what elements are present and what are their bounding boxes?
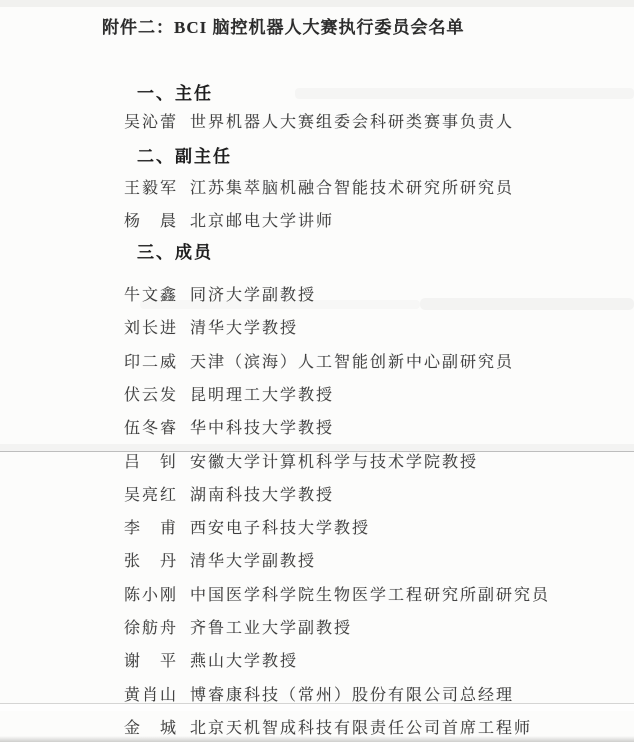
member-name: 张 丹 bbox=[124, 548, 178, 571]
member-row: 王毅军江苏集萃脑机融合智能技术研究所研究员 bbox=[124, 175, 514, 198]
section-heading-members: 三、成员 bbox=[137, 238, 213, 263]
member-affiliation: 燕山大学教授 bbox=[190, 653, 298, 670]
page-title: 附件二：BCI 脑控机器人大赛执行委员会名单 bbox=[102, 13, 464, 38]
member-row: 杨 晨北京邮电大学讲师 bbox=[124, 208, 334, 231]
member-affiliation: 齐鲁工业大学副教授 bbox=[190, 620, 352, 637]
member-name: 王毅军 bbox=[124, 175, 178, 198]
member-affiliation: 天津（滨海）人工智能创新中心副研究员 bbox=[190, 354, 514, 371]
member-row: 伍冬睿华中科技大学教授 bbox=[124, 415, 334, 438]
member-affiliation: 北京天机智成科技有限责任公司首席工程师 bbox=[190, 720, 532, 737]
member-row: 牛文鑫同济大学副教授 bbox=[124, 282, 316, 305]
member-row: 吴亮红湖南科技大学教授 bbox=[124, 482, 334, 505]
member-name: 吕 钊 bbox=[124, 449, 178, 472]
scan-noise-top bbox=[0, 0, 634, 7]
member-name: 李 甫 bbox=[124, 515, 178, 538]
member-affiliation: 清华大学副教授 bbox=[190, 553, 316, 570]
member-row: 谢 平燕山大学教授 bbox=[124, 648, 298, 671]
member-name: 金 城 bbox=[124, 715, 178, 738]
member-affiliation: 清华大学教授 bbox=[190, 320, 298, 337]
member-row: 徐舫舟齐鲁工业大学副教授 bbox=[124, 615, 352, 638]
member-row: 吕 钊安徽大学计算机科学与技术学院教授 bbox=[124, 449, 478, 472]
member-name: 徐舫舟 bbox=[124, 615, 178, 638]
member-row: 陈小刚中国医学科学院生物医学工程研究所副研究员 bbox=[124, 582, 550, 605]
member-row: 金 城北京天机智成科技有限责任公司首席工程师 bbox=[124, 715, 532, 738]
member-row: 李 甫西安电子科技大学教授 bbox=[124, 515, 370, 538]
document-page: 附件二：BCI 脑控机器人大赛执行委员会名单 一、主任 吴沁蕾世界机器人大赛组委… bbox=[0, 0, 634, 742]
member-affiliation: 北京邮电大学讲师 bbox=[190, 213, 334, 230]
member-affiliation: 中国医学科学院生物医学工程研究所副研究员 bbox=[190, 587, 550, 604]
member-name: 伏云发 bbox=[124, 382, 178, 405]
member-name: 伍冬睿 bbox=[124, 415, 178, 438]
member-affiliation: 华中科技大学教授 bbox=[190, 420, 334, 437]
member-row: 伏云发昆明理工大学教授 bbox=[124, 382, 334, 405]
scan-artifact-band bbox=[0, 704, 634, 711]
member-row: 张 丹清华大学副教授 bbox=[124, 548, 316, 571]
member-name: 印二威 bbox=[124, 349, 178, 372]
member-affiliation: 博睿康科技（常州）股份有限公司总经理 bbox=[190, 687, 514, 704]
member-row: 黄肖山博睿康科技（常州）股份有限公司总经理 bbox=[124, 682, 514, 705]
member-affiliation: 同济大学副教授 bbox=[190, 287, 316, 304]
member-affiliation: 世界机器人大赛组委会科研类赛事负责人 bbox=[190, 114, 514, 131]
member-name: 陈小刚 bbox=[124, 582, 178, 605]
section-heading-director: 一、主任 bbox=[137, 79, 213, 104]
member-affiliation: 湖南科技大学教授 bbox=[190, 487, 334, 504]
member-name: 杨 晨 bbox=[124, 208, 178, 231]
member-name: 牛文鑫 bbox=[124, 282, 178, 305]
member-row: 印二威天津（滨海）人工智能创新中心副研究员 bbox=[124, 349, 514, 372]
member-affiliation: 江苏集萃脑机融合智能技术研究所研究员 bbox=[190, 180, 514, 197]
member-name: 谢 平 bbox=[124, 648, 178, 671]
member-name: 刘长进 bbox=[124, 315, 178, 338]
member-row: 刘长进清华大学教授 bbox=[124, 315, 298, 338]
section-heading-deputy-director: 二、副主任 bbox=[137, 142, 232, 167]
member-affiliation: 昆明理工大学教授 bbox=[190, 387, 334, 404]
member-affiliation: 西安电子科技大学教授 bbox=[190, 520, 370, 537]
member-name: 吴亮红 bbox=[124, 482, 178, 505]
member-affiliation: 安徽大学计算机科学与技术学院教授 bbox=[190, 454, 478, 471]
scan-smudge bbox=[295, 88, 634, 99]
member-name: 吴沁蕾 bbox=[124, 109, 178, 132]
scan-smudge bbox=[420, 298, 634, 310]
member-name: 黄肖山 bbox=[124, 682, 178, 705]
member-row: 吴沁蕾世界机器人大赛组委会科研类赛事负责人 bbox=[124, 109, 514, 132]
